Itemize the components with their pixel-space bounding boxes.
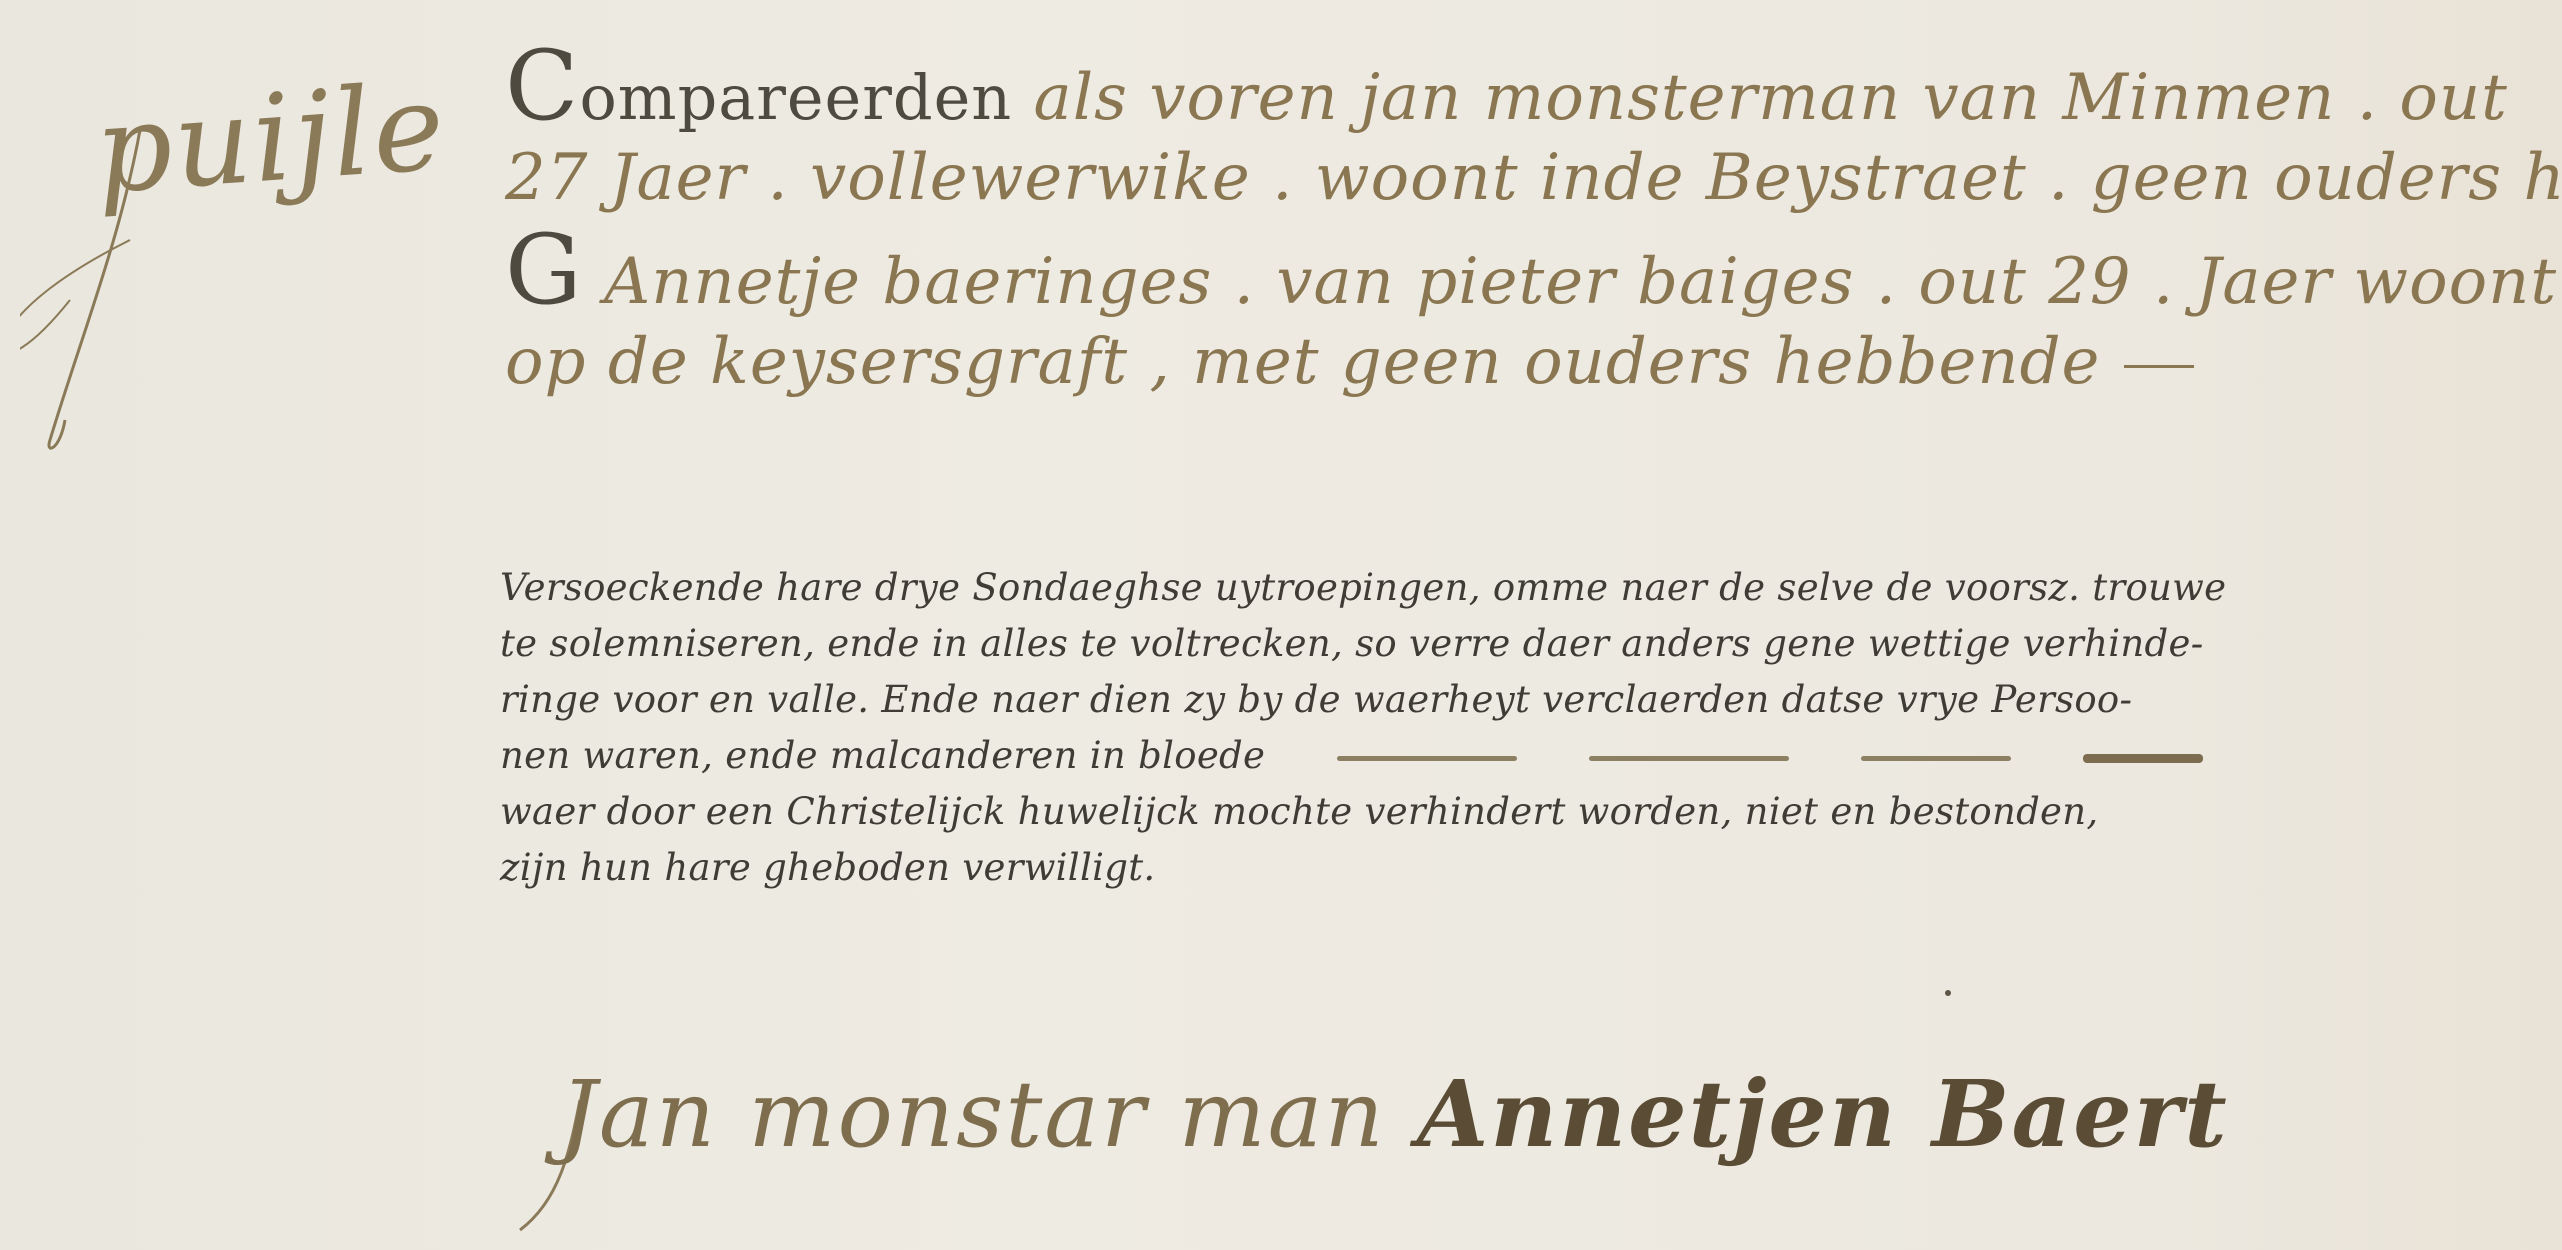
line-filler-dash [2124, 365, 2194, 368]
handwritten-entry: Compareerden als voren jan monsterman va… [505, 40, 2525, 408]
line-text: Annetje baeringes . van pieter baiges . … [583, 245, 2557, 319]
first-word: ompareerden [579, 61, 1012, 134]
printed-formula: Versoeckende hare drye Sondaeghse uytroe… [500, 560, 2540, 896]
printed-line-1: Versoeckende hare drye Sondaeghse uytroe… [500, 560, 2540, 616]
printed-line-6: zijn hun hare gheboden verwilligt. [500, 840, 2540, 896]
printed-line-4: nen waren, ende malcanderen in bloede [500, 728, 2540, 784]
drop-initial: C [505, 30, 579, 142]
line-text: als voren jan monsterman van Minmen . ou… [1012, 61, 2508, 135]
ink-speck [1945, 990, 1951, 996]
manuscript-page: puijle Compareerden als voren jan monste… [0, 0, 2562, 1250]
bride-signature: Annetjen Baert [1417, 1060, 2229, 1168]
handwritten-line-2: 27 Jaer . vollewerwike . woont inde Beys… [505, 132, 2525, 224]
signature-line: Jan monstar man Annetjen Baert [560, 1060, 2229, 1168]
filler-dash [2083, 754, 2203, 763]
handwritten-line-1: Compareerden als voren jan monsterman va… [505, 40, 2525, 132]
handwritten-line-3: G Annetje baeringes . van pieter baiges … [505, 224, 2525, 316]
margin-note: puijle [91, 58, 451, 221]
line-text: 27 Jaer . vollewerwike . woont inde Beys… [505, 141, 2562, 215]
handwritten-line-4: op de keysersgraft , met geen ouders heb… [505, 316, 2525, 408]
line-text: op de keysersgraft , met geen ouders heb… [505, 325, 2100, 399]
line-text: nen waren, ende malcanderen in bloede [500, 734, 1265, 777]
groom-signature: Jan monstar man [560, 1061, 1386, 1168]
printed-line-3: ringe voor en valle. Ende naer dien zy b… [500, 672, 2540, 728]
bride-initial: G [505, 214, 583, 326]
printed-line-2: te solemniseren, ende in alles te voltre… [500, 616, 2540, 672]
filler-dash [1589, 756, 1789, 761]
printed-line-5: waer door een Christelijck huwelijck moc… [500, 784, 2540, 840]
filler-dash [1861, 756, 2011, 761]
filler-dash [1337, 756, 1517, 761]
